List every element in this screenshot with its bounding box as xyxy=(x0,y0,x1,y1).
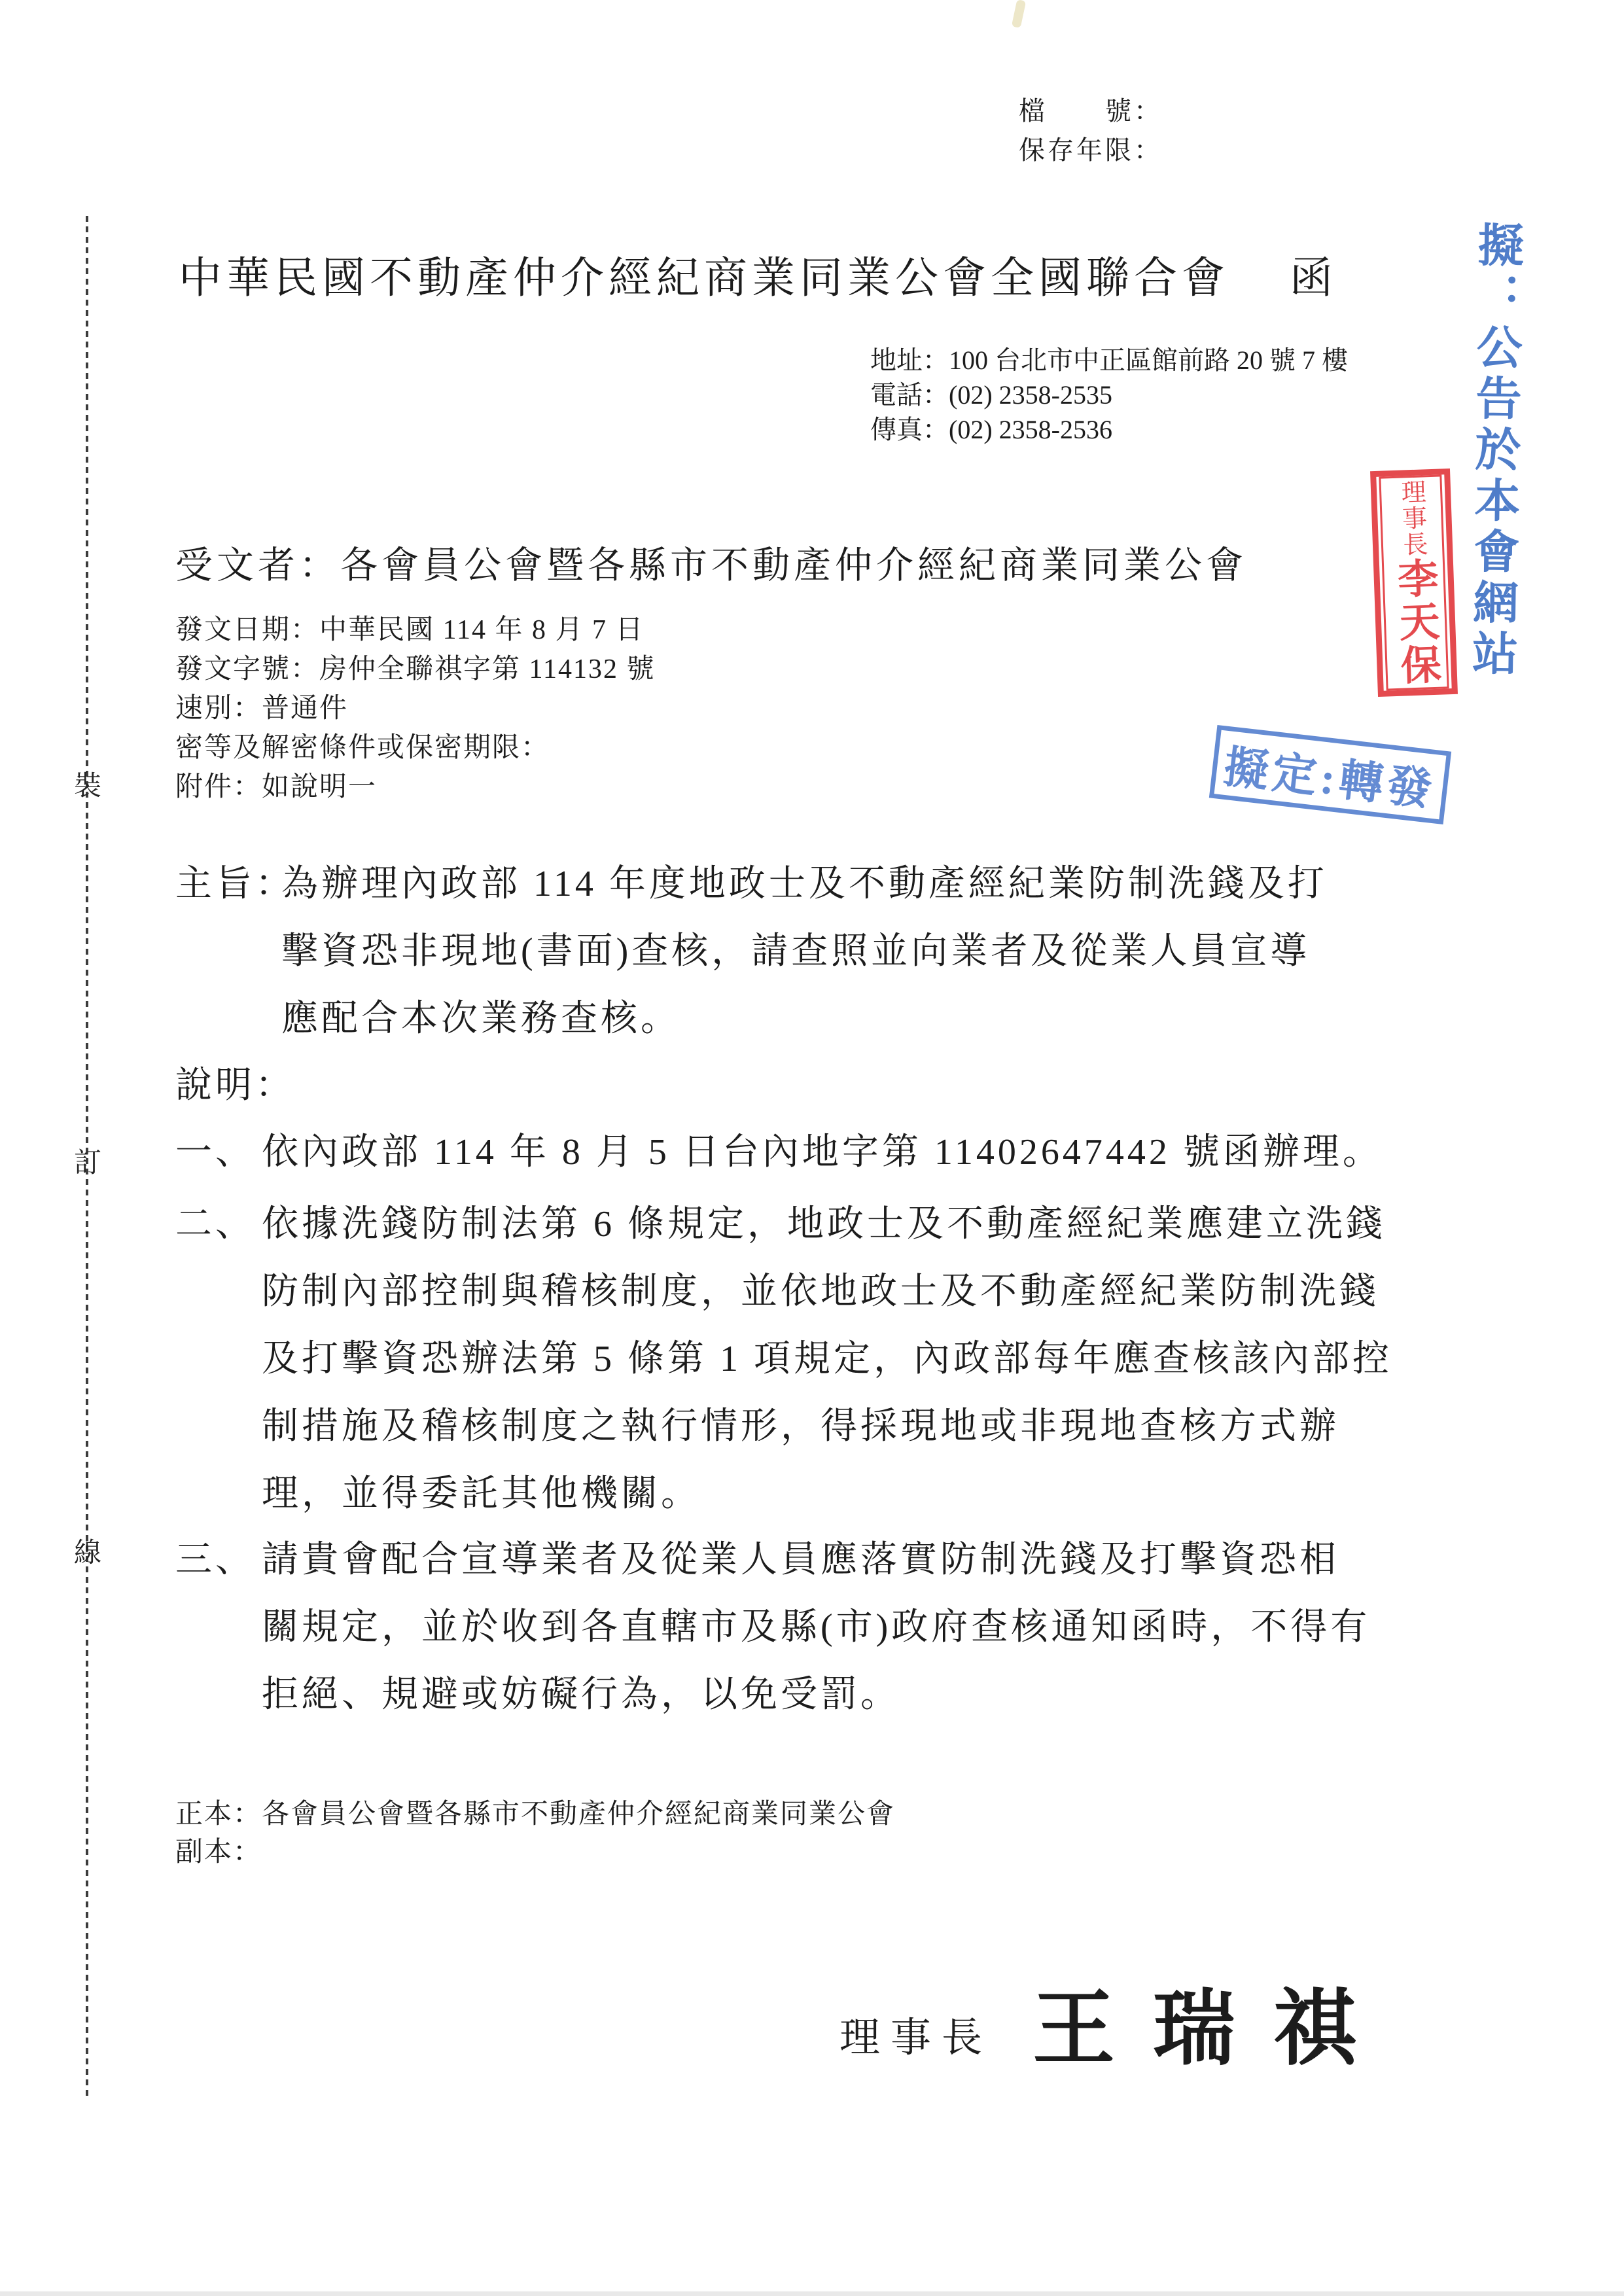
item-line: 拒絕、規避或妨礙行為，以免受罰。 xyxy=(262,1661,1370,1729)
org-contact-block: 地址：100 台北市中正區館前路 20 號 7 樓 電話：(02) 2358-2… xyxy=(870,343,1348,447)
attachment-note: 附件：如說明一 xyxy=(175,768,655,807)
item-line: 理，並得委託其他機關。 xyxy=(262,1460,1392,1528)
explanation-heading: 說明： xyxy=(175,1052,295,1120)
explanation-item-1: 一、 依內政部 114 年 8 月 5 日台內地字第 11402647442 號… xyxy=(175,1119,1383,1186)
approval-stamp-forward: 擬定:轉發 xyxy=(1209,725,1451,824)
org-address: 地址：100 台北市中正區館前路 20 號 7 樓 xyxy=(870,343,1348,378)
explanation-item-3: 三、 請貴會配合宣導業者及從業人員應落實防制洗錢及打擊資恐相 關規定，並於收到各… xyxy=(175,1527,1370,1729)
item-line: 依據洗錢防制法第 6 條規定，地政士及不動產經紀業應建立洗錢 xyxy=(262,1191,1392,1258)
recipient-line: 受文者：各會員公會暨各縣市不動產仲介經紀商業同業公會 xyxy=(175,535,1247,589)
item-number: 三、 xyxy=(175,1527,262,1729)
signer-title: 理事長 xyxy=(839,2005,993,2063)
org-title: 中華民國不動產仲介經紀商業同業公會全國聯合會 xyxy=(179,255,1229,302)
approval-stamp-text: 擬定:轉發 xyxy=(1221,731,1439,818)
item-line: 依內政部 114 年 8 月 5 日台內地字第 11402647442 號函辦理… xyxy=(262,1119,1383,1186)
subject-block: 主旨： 為辦理內政部 114 年度地政士及不動產經紀業防制洗錢及打 擊資恐非現地… xyxy=(175,851,1328,1053)
corner-labels: 檔 號： 保存年限： xyxy=(1019,92,1163,170)
item-text: 請貴會配合宣導業者及從業人員應落實防制洗錢及打擊資恐相 關規定，並於收到各直轄市… xyxy=(262,1527,1370,1729)
item-line: 關規定，並於收到各直轄市及縣(市)政府查核通知函時，不得有 xyxy=(262,1594,1370,1661)
item-text: 依據洗錢防制法第 6 條規定，地政士及不動產經紀業應建立洗錢 防制內部控制與稽核… xyxy=(262,1191,1392,1528)
security-class: 密等及解密條件或保密期限： xyxy=(175,728,655,768)
scan-artifact-top xyxy=(1012,0,1026,28)
org-fax: 傳真：(02) 2358-2536 xyxy=(870,412,1348,447)
subject-line: 為辦理內政部 114 年度地政士及不動產經紀業防制洗錢及打 xyxy=(281,851,1328,918)
item-number: 一、 xyxy=(175,1119,262,1186)
subject-line: 擊資恐非現地(書面)查核，請查照並向業者及從業人員宣導 xyxy=(281,918,1328,985)
speed-class: 速別：普通件 xyxy=(175,689,655,728)
item-text: 依內政部 114 年 8 月 5 日台內地字第 11402647442 號函辦理… xyxy=(262,1119,1383,1186)
binding-char-zhuang: 裝 xyxy=(74,764,101,804)
document-page: 檔 號： 保存年限： 中華民國不動產仲介經紀商業同業公會全國聯合會 函 地址：1… xyxy=(0,0,1624,2296)
org-phone: 電話：(02) 2358-2535 xyxy=(870,378,1348,412)
item-line: 請貴會配合宣導業者及從業人員應落實防制洗錢及打擊資恐相 xyxy=(262,1527,1370,1594)
retention-period-label: 保存年限： xyxy=(1019,131,1163,170)
subject-text: 為辦理內政部 114 年度地政士及不動產經紀業防制洗錢及打 擊資恐非現地(書面)… xyxy=(281,851,1328,1053)
red-seal-title: 理事長 xyxy=(1396,478,1426,557)
distribution-block: 正本：各會員公會暨各縣市不動產仲介經紀商業同業公會 副本： xyxy=(175,1795,895,1871)
handwritten-note-publish-website: 擬：公告於本會網站 xyxy=(1457,221,1530,680)
red-seal-name: 李天保 xyxy=(1391,556,1440,687)
binding-char-xian: 線 xyxy=(74,1531,101,1570)
document-title: 中華民國不動產仲介經紀商業同業公會全國聯合會 函 xyxy=(179,255,1333,302)
carbon-copy-line: 副本： xyxy=(175,1833,895,1871)
signer-name: 王瑞祺 xyxy=(1033,1963,1394,2081)
file-number-label: 檔 號： xyxy=(1019,92,1163,131)
doc-number: 發文字號：房仲全聯祺字第 114132 號 xyxy=(175,650,655,689)
red-seal-inner-border: 理事長李天保 xyxy=(1379,474,1449,690)
binding-char-ding: 訂 xyxy=(74,1141,101,1180)
subject-line: 應配合本次業務查核。 xyxy=(281,985,1328,1053)
issue-date: 發文日期：中華民國 114 年 8 月 7 日 xyxy=(175,610,655,650)
scan-edge-bottom xyxy=(0,2291,1624,2296)
explanation-item-2: 二、 依據洗錢防制法第 6 條規定，地政士及不動產經紀業應建立洗錢 防制內部控制… xyxy=(175,1191,1392,1528)
subject-label: 主旨： xyxy=(175,851,281,1053)
document-meta: 發文日期：中華民國 114 年 8 月 7 日 發文字號：房仲全聯祺字第 114… xyxy=(175,610,655,807)
doc-type-label: 函 xyxy=(1290,255,1333,302)
item-line: 防制內部控制與稽核制度，並依地政士及不動產經紀業防制洗錢 xyxy=(262,1258,1392,1326)
red-seal-chairman: 理事長李天保 xyxy=(1370,468,1458,697)
item-line: 制措施及稽核制度之執行情形，得採現地或非現地查核方式辦 xyxy=(262,1393,1392,1460)
item-line: 及打擊資恐辦法第 5 條第 1 項規定，內政部每年應查核該內部控 xyxy=(262,1326,1392,1393)
item-number: 二、 xyxy=(175,1191,262,1528)
original-copy-line: 正本：各會員公會暨各縣市不動產仲介經紀商業同業公會 xyxy=(175,1795,895,1833)
red-seal-text: 理事長李天保 xyxy=(1390,478,1438,688)
